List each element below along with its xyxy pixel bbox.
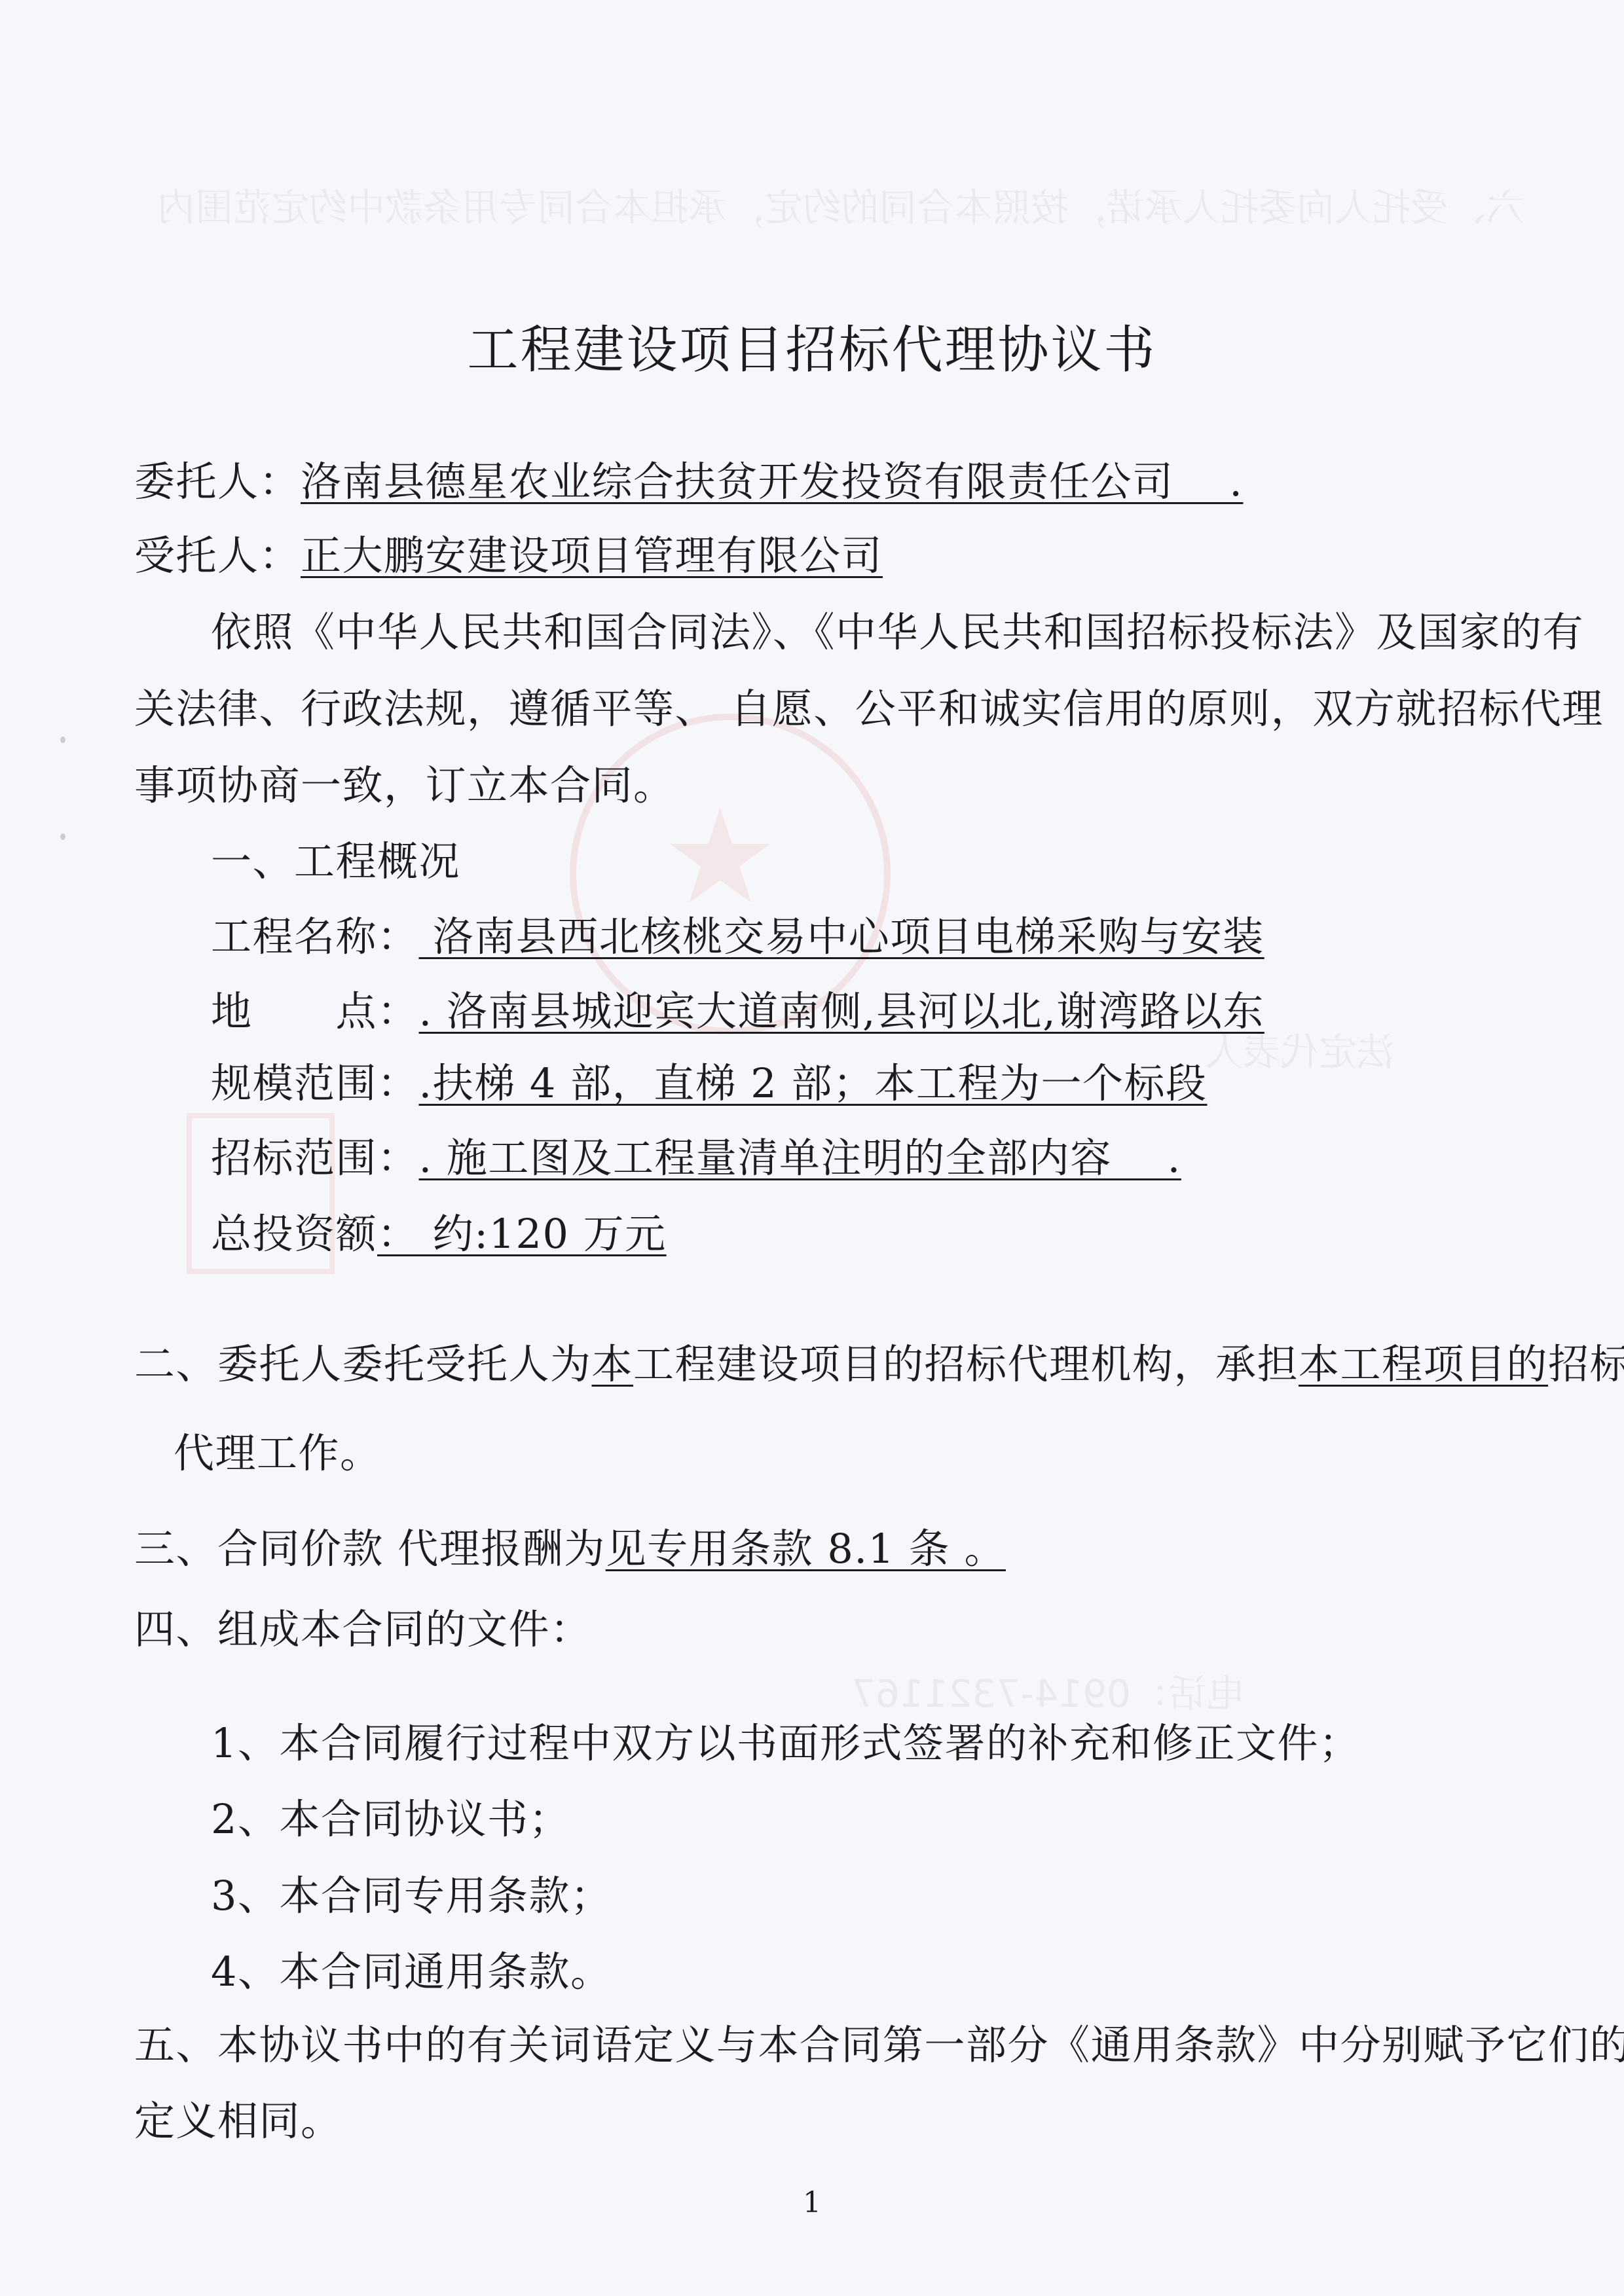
section3-underlined: 见专用条款 8.1 条 。 bbox=[606, 1525, 1006, 1573]
section4-item-1: 1、本合同履行过程中双方以书面形式签署的补充和修正文件； bbox=[211, 1719, 1360, 1768]
section2-line-2: 代理工作。 bbox=[174, 1429, 382, 1478]
margin-dot bbox=[60, 737, 65, 743]
agent-name: 正大鹏安建设项目管理有限公司 bbox=[301, 532, 883, 579]
client-label: 委托人： bbox=[134, 458, 301, 505]
field-tender-scope: 招标范围：. 施工图及工程量清单注明的全部内容 . bbox=[211, 1133, 1181, 1183]
section2-line-1: 二、委托人委托受托人为本工程建设项目的招标代理机构，承担本工程项目的招标 bbox=[134, 1339, 1624, 1389]
field-project-name: 工程名称： 洛南县西北核桃交易中心项目电梯采购与安装 bbox=[211, 912, 1264, 962]
field-scale: 规模范围：.扶梯 4 部，直梯 2 部；本工程为一个标段 bbox=[211, 1059, 1207, 1108]
preamble-line-3: 事项协商一致，订立本合同。 bbox=[134, 761, 675, 811]
section2-text: 工程建设项目的招标代理机构，承担 bbox=[633, 1340, 1299, 1388]
document-title: 工程建设项目招标代理协议书 bbox=[0, 321, 1624, 380]
field-label: 规模范围： bbox=[211, 1059, 419, 1107]
section4-item-2: 2、本合同协议书； bbox=[211, 1795, 570, 1844]
section4-item-4: 4、本合同通用条款。 bbox=[211, 1947, 612, 1997]
bleed-through-text: 六、受托人向委托人承诺，按照本合同的约定，承担本合同专用条款中约定范围内 bbox=[157, 177, 1524, 232]
section4-heading: 四、组成本合同的文件： bbox=[134, 1605, 592, 1654]
field-label: 地 点： bbox=[211, 987, 419, 1035]
stamp-star-icon: ★ bbox=[661, 792, 779, 923]
field-value: ： 约:120 万元 bbox=[377, 1210, 667, 1258]
page-number: 1 bbox=[0, 2187, 1624, 2219]
document-page: ★ 六、受托人向委托人承诺，按照本合同的约定，承担本合同专用条款中约定范围内 法… bbox=[0, 0, 1624, 2296]
field-value: .扶梯 4 部，直梯 2 部；本工程为一个标段 bbox=[419, 1059, 1208, 1107]
section4-item-3: 3、本合同专用条款； bbox=[211, 1871, 612, 1921]
section3-line: 三、合同价款 代理报酬为见专用条款 8.1 条 。 bbox=[134, 1524, 1006, 1574]
section5-line-1: 五、本协议书中的有关词语定义与本合同第一部分《通用条款》中分别赋予它们的 bbox=[134, 2020, 1624, 2070]
agent-label: 受托人： bbox=[134, 532, 301, 579]
field-label: 招标范围： bbox=[211, 1134, 419, 1182]
section2-text: 招标 bbox=[1548, 1340, 1624, 1388]
section1-heading: 一、工程概况 bbox=[211, 837, 460, 886]
section2-underlined: 本 bbox=[592, 1340, 634, 1388]
preamble-line-2: 关法律、行政法规，遵循平等、 自愿、公平和诚实信用的原则，双方就招标代理 bbox=[134, 684, 1604, 734]
field-value: . 施工图及工程量清单注明的全部内容 . bbox=[419, 1134, 1181, 1182]
field-value: . 洛南县城迎宾大道南侧,县河以北,谢湾路以东 bbox=[419, 987, 1264, 1035]
field-label: 总投资额 bbox=[211, 1210, 377, 1258]
margin-dot bbox=[60, 833, 65, 840]
field-location: 地 点：. 洛南县城迎宾大道南侧,县河以北,谢湾路以东 bbox=[211, 987, 1264, 1036]
client-name: 洛南县德星农业综合扶贫开发投资有限责任公司 . bbox=[301, 458, 1243, 505]
field-total-investment: 总投资额： 约:120 万元 bbox=[211, 1209, 667, 1259]
field-label: 工程名称： bbox=[211, 913, 419, 960]
preamble-line-1: 依照《中华人民共和国合同法》、《中华人民共和国招标投标法》及国家的有 bbox=[211, 608, 1584, 657]
section3-text: 三、合同价款 代理报酬为 bbox=[134, 1525, 606, 1573]
bleed-through-text: 电话：0914-7321167 bbox=[851, 1663, 1245, 1718]
client-line: 委托人：洛南县德星农业综合扶贫开发投资有限责任公司 . bbox=[134, 457, 1243, 507]
section5-line-2: 定义相同。 bbox=[134, 2096, 342, 2146]
field-value: 洛南县西北核桃交易中心项目电梯采购与安装 bbox=[419, 913, 1264, 960]
section2-text: 二、委托人委托受托人为 bbox=[134, 1340, 592, 1388]
agent-line: 受托人：正大鹏安建设项目管理有限公司 bbox=[134, 531, 883, 581]
section2-underlined: 本工程项目的 bbox=[1299, 1340, 1548, 1388]
